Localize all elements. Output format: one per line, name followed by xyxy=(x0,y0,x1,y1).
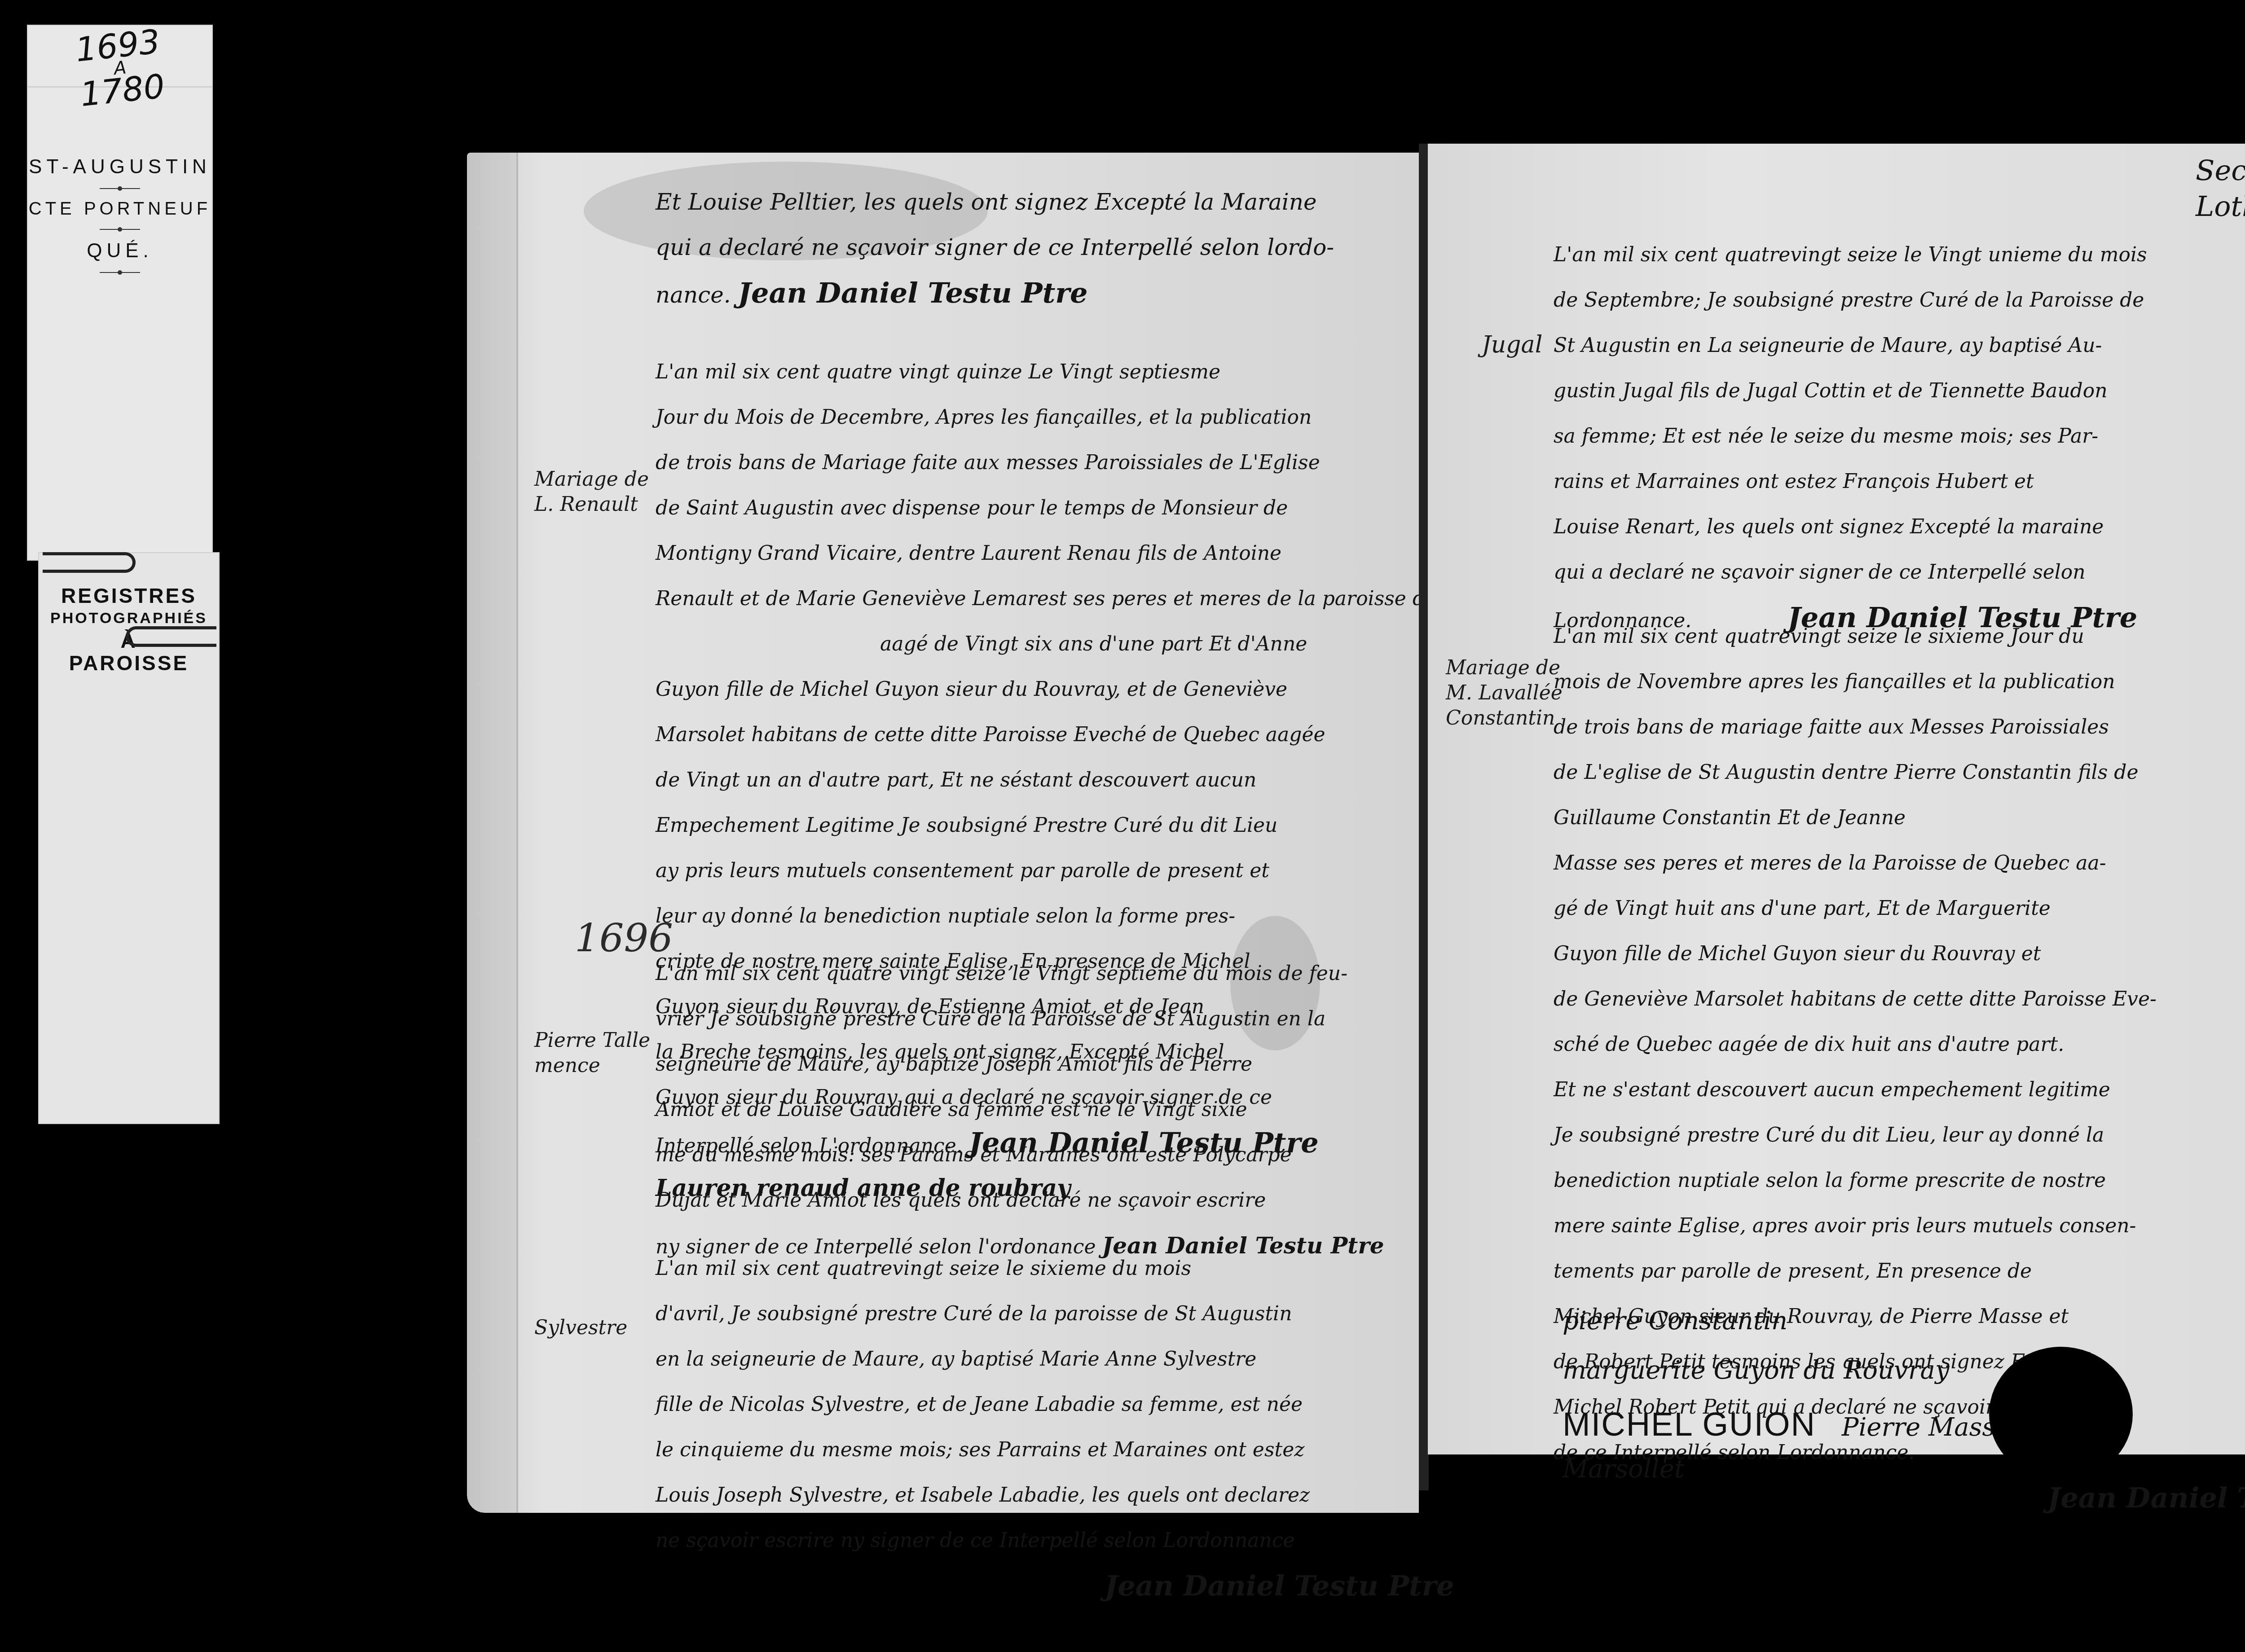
parish-label: ST-AUGUSTIN xyxy=(28,156,212,178)
book-gutter xyxy=(1419,144,1429,1490)
signature-marsollet: Marsollet xyxy=(1563,1454,2010,1504)
left-page: Et Louise Pelltier, les quels ont signez… xyxy=(467,153,1419,1513)
entry-baptism-amiot: L'an mil six cent quatre vingt seize le … xyxy=(656,952,1384,1269)
page-damage xyxy=(1989,1347,2133,1481)
entry-baptism-jugal: L'an mil six cent quatrevingt seize le V… xyxy=(1554,233,2147,641)
county-label: CTE PORTNEUF xyxy=(28,199,212,219)
witness-signatures: pierre Constantin marguerite Guyon du Ro… xyxy=(1563,1306,2010,1504)
open-register-book: Et Louise Pelltier, les quels ont signez… xyxy=(440,126,2245,1526)
year-range-band: 1693 A 1780 xyxy=(28,26,212,88)
page-edge-folds xyxy=(467,153,518,1513)
margin-note: Mariage de L. Renault xyxy=(534,467,649,517)
signature-marguerite-guyon: marguerite Guyon du Rouvray xyxy=(1563,1356,2010,1405)
year-to: 1780 xyxy=(79,67,167,114)
entry-baptism-sylvestre: L'an mil six cent quatrevingt seize le s… xyxy=(656,1248,1454,1611)
signature-pierre-masse: Pierre Masse xyxy=(1824,1413,2010,1442)
margin-note: Sylvestre xyxy=(534,1315,627,1340)
margin-note: Pierre Talle mence xyxy=(534,1028,650,1078)
margin-note: Mariage de M. Lavallée Constantin xyxy=(1446,655,1563,731)
signature-pierre-constantin: pierre Constantin xyxy=(1563,1306,2010,1356)
separator-ornament xyxy=(100,188,140,189)
margin-note: Jugal xyxy=(1482,332,1542,357)
paper-clip-icon xyxy=(43,552,136,573)
province-label: QUÉ. xyxy=(28,240,212,262)
priest-signature: Jean Daniel Testu Ptre xyxy=(738,277,1088,309)
paper-clip-icon xyxy=(126,626,216,647)
archive-label-card: 1693 A 1780 ST-AUGUSTIN CTE PORTNEUF QUÉ… xyxy=(27,25,213,561)
priest-signature: Jean Daniel Testu Ptre xyxy=(656,1565,1454,1611)
entry-continuation: Et Louise Pelltier, les quels ont signez… xyxy=(656,180,1334,316)
right-page: Second Lotbinière Jugal L'an mil six cen… xyxy=(1428,144,2245,1454)
year-range: 1693 A 1780 xyxy=(24,16,216,116)
separator-ornament xyxy=(100,272,140,273)
signature-michel-guion: MICHEL GUION xyxy=(1563,1406,1816,1443)
separator-ornament xyxy=(100,229,140,230)
page-header: Second Lotbinière xyxy=(2196,153,2245,224)
